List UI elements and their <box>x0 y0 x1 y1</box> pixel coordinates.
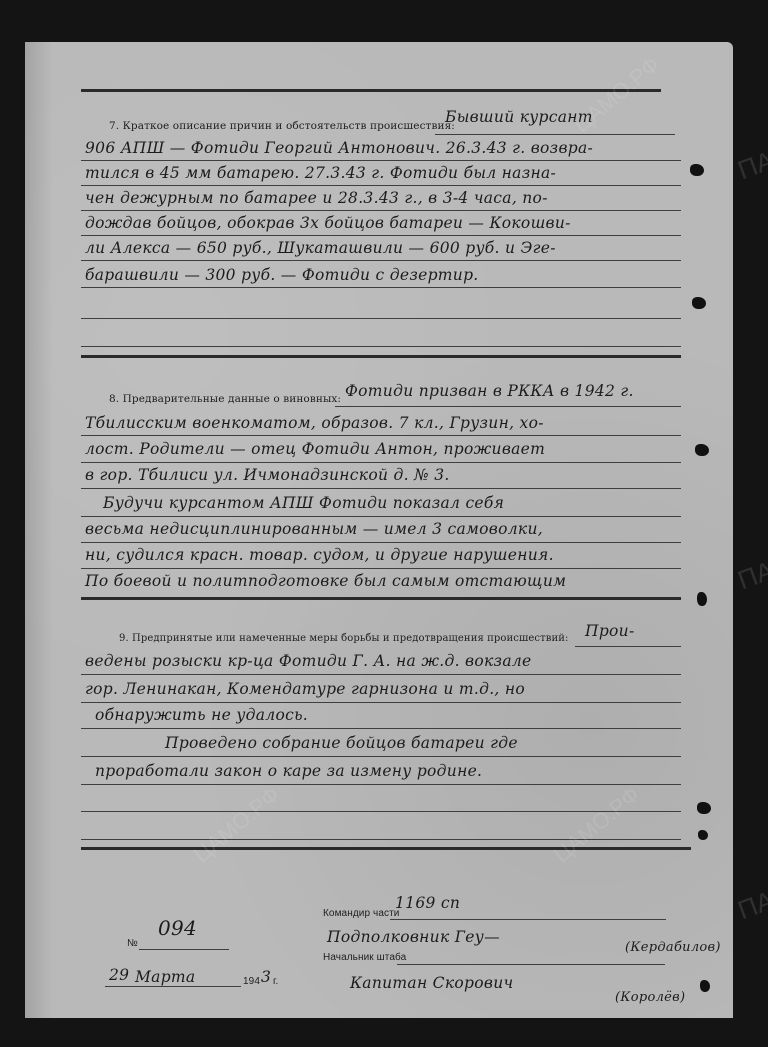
date-year-suffix: г. <box>273 976 278 987</box>
commander-signature: Подполковник Геу— <box>327 928 500 946</box>
archive-watermark: ЦАМО.РФ <box>549 782 645 869</box>
section-separator <box>81 597 681 600</box>
punch-hole <box>692 297 706 309</box>
punch-hole <box>698 830 708 840</box>
rule <box>81 728 681 729</box>
rule <box>81 210 681 211</box>
rule <box>81 702 681 703</box>
section-7-line-2: 906 АПШ — Фотиди Георгий Антонович. 26.3… <box>85 139 593 157</box>
side-watermark: ПА <box>734 885 768 926</box>
rule <box>81 568 681 569</box>
chief-of-staff-name: (Королёв) <box>615 990 685 1005</box>
rule <box>81 346 681 347</box>
section-7-line-4: чен дежурным по батарее и 28.3.43 г., в … <box>85 189 548 207</box>
rule <box>397 964 665 965</box>
punch-hole <box>690 164 704 176</box>
section-8-line-2: Тбилисским военкоматом, образов. 7 кл., … <box>85 414 544 432</box>
section-7-line-5: дождав бойцов, обокрав 3х бойцов батареи… <box>85 214 571 232</box>
section-9-line-2: ведены розыски кр-ца Фотиди Г. А. на ж.д… <box>85 652 532 670</box>
archive-watermark: ЦАМО.РФ <box>569 52 665 139</box>
section-8-line-1: Фотиди призван в РККА в 1942 г. <box>345 382 634 400</box>
rule <box>81 542 681 543</box>
page-shadow <box>25 42 53 1018</box>
side-watermark: ПА <box>734 555 768 596</box>
side-watermark: ПА <box>734 145 768 186</box>
rule <box>81 287 681 288</box>
punch-hole <box>695 444 709 456</box>
section-8-line-8: По боевой и политподготовке был самым от… <box>85 572 566 590</box>
section-9-line-5: Проведено собрание бойцов батареи где <box>165 734 518 752</box>
section-7-line-7: барашвили — 300 руб. — Фотиди с дезертир… <box>85 266 479 284</box>
section-8-line-7: ни, судился красн. товар. судом, и други… <box>85 546 554 564</box>
rule <box>81 160 681 161</box>
section-9-line-6: проработали закон о каре за измену родин… <box>95 762 482 780</box>
rule <box>335 406 681 407</box>
archival-document-page: 7. Краткое описание причин и обстоятельс… <box>25 42 733 1018</box>
rule <box>81 488 681 489</box>
rule <box>81 260 681 261</box>
section-7-label: 7. Краткое описание причин и обстоятельс… <box>109 120 455 132</box>
number-prefix: № <box>127 938 138 949</box>
rule <box>390 919 666 920</box>
rule <box>81 784 681 785</box>
date-year-printed: 194 <box>243 976 260 987</box>
chief-of-staff-signature: Капитан Скорович <box>350 974 513 992</box>
section-9-line-4: обнаружить не удалось. <box>95 706 308 724</box>
section-8-line-3: лост. Родители — отец Фотиди Антон, прож… <box>85 440 545 458</box>
punch-hole <box>697 592 707 606</box>
section-7-line-3: тился в 45 мм батарею. 27.3.43 г. Фотиди… <box>85 164 556 182</box>
date-month: Марта <box>135 968 195 986</box>
section-8-label: 8. Предварительные данные о виновных: <box>109 393 341 405</box>
section-8-line-6: весьма недисциплинированным — имел 3 сам… <box>85 520 543 538</box>
rule <box>81 516 681 517</box>
top-rule <box>81 89 661 92</box>
punch-hole <box>700 980 710 992</box>
punch-hole <box>697 802 711 814</box>
rule <box>81 235 681 236</box>
section-9-line-1: Прои- <box>585 622 635 640</box>
rule <box>81 318 681 319</box>
archive-watermark: ЦАМО.РФ <box>189 782 285 869</box>
rule <box>81 756 681 757</box>
rule <box>105 986 241 987</box>
rule <box>81 674 681 675</box>
rule <box>139 949 229 950</box>
section-separator <box>81 847 691 850</box>
chief-of-staff-label: Начальник штаба <box>323 952 406 963</box>
rule <box>81 462 681 463</box>
commander-label: Командир части <box>323 908 399 919</box>
rule <box>435 134 675 135</box>
rule <box>575 646 681 647</box>
rule <box>81 185 681 186</box>
date-year-handwritten: 3 <box>261 968 271 986</box>
commander-name: (Кердабилов) <box>625 940 721 955</box>
date-day: 29 <box>109 966 129 984</box>
section-9-label: 9. Предпринятые или намеченные меры борь… <box>119 633 568 644</box>
section-8-line-4: в гор. Тбилиси ул. Ичмонадзинской д. № 3… <box>85 466 450 484</box>
section-8-line-5: Будучи курсантом АПШ Фотиди показал себя <box>103 494 504 512</box>
document-number: 094 <box>158 916 197 940</box>
commander-unit: 1169 сп <box>395 894 460 912</box>
section-separator <box>81 355 681 358</box>
section-9-line-3: гор. Ленинакан, Комендатуре гарнизона и … <box>85 680 525 698</box>
section-7-line-6: ли Алекса — 650 руб., Шукаташвили — 600 … <box>85 239 556 257</box>
rule <box>81 435 681 436</box>
